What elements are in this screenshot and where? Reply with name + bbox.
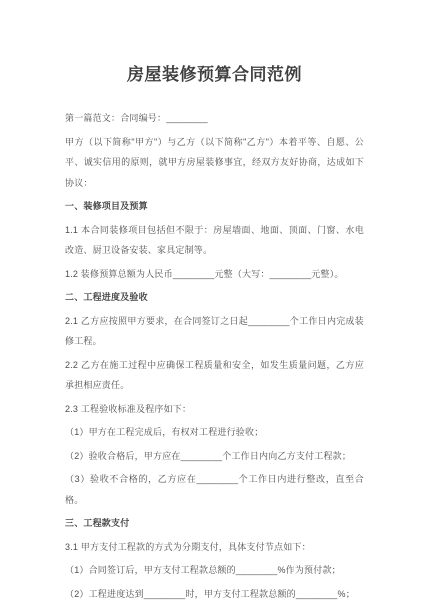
clause-1-2: 1.2 装修预算总额为人民币________元整（大写：________元整）。: [65, 264, 364, 285]
clause-2-3: 2.3 工程验收标准及程序如下：: [65, 399, 364, 420]
clause-3-1-item-1: （1）合同签订后，甲方支付工程款总额的________%作为预付款；: [65, 560, 364, 581]
clause-2-3-item-3: （3）验收不合格的，乙方应在________个工作日内进行整改，直至合格。: [65, 469, 364, 510]
clause-2-3-item-2: （2）验收合格后，甲方应在________个工作日内向乙方支付工程款；: [65, 446, 364, 467]
section-3-heading: 三、工程款支付: [65, 513, 364, 534]
section-2-heading: 二、工程进度及验收: [65, 287, 364, 308]
clause-2-2: 2.2 乙方在施工过程中应确保工程质量和安全，如发生质量问题，乙方应承担相应责任…: [65, 355, 364, 396]
clause-3-1: 3.1 甲方支付工程款的方式为分期支付，具体支付节点如下：: [65, 537, 364, 558]
contract-preamble: 甲方（以下简称"甲方"）与乙方（以下简称"乙方"）本着平等、自愿、公平、诚实信用…: [65, 132, 364, 194]
clause-3-1-item-2: （2）工程进度达到________时，甲方支付工程款总额的________%；: [65, 584, 364, 600]
clause-2-3-item-1: （1）甲方在工程完成后，有权对工程进行验收；: [65, 422, 364, 443]
contract-document-page: 房屋装修预算合同范例 第一篇范文：合同编号：________ 甲方（以下简称"甲…: [0, 0, 424, 600]
clause-1-1: 1.1 本合同装修项目包括但不限于：房屋墙面、地面、顶面、门窗、水电改造、厨卫设…: [65, 220, 364, 261]
section-1-heading: 一、装修项目及预算: [65, 196, 364, 217]
contract-number-line: 第一篇范文：合同编号：________: [65, 108, 364, 129]
clause-2-1: 2.1 乙方应按照甲方要求，在合同签订之日起________个工作日内完成装修工…: [65, 311, 364, 352]
document-title: 房屋装修预算合同范例: [65, 62, 364, 88]
